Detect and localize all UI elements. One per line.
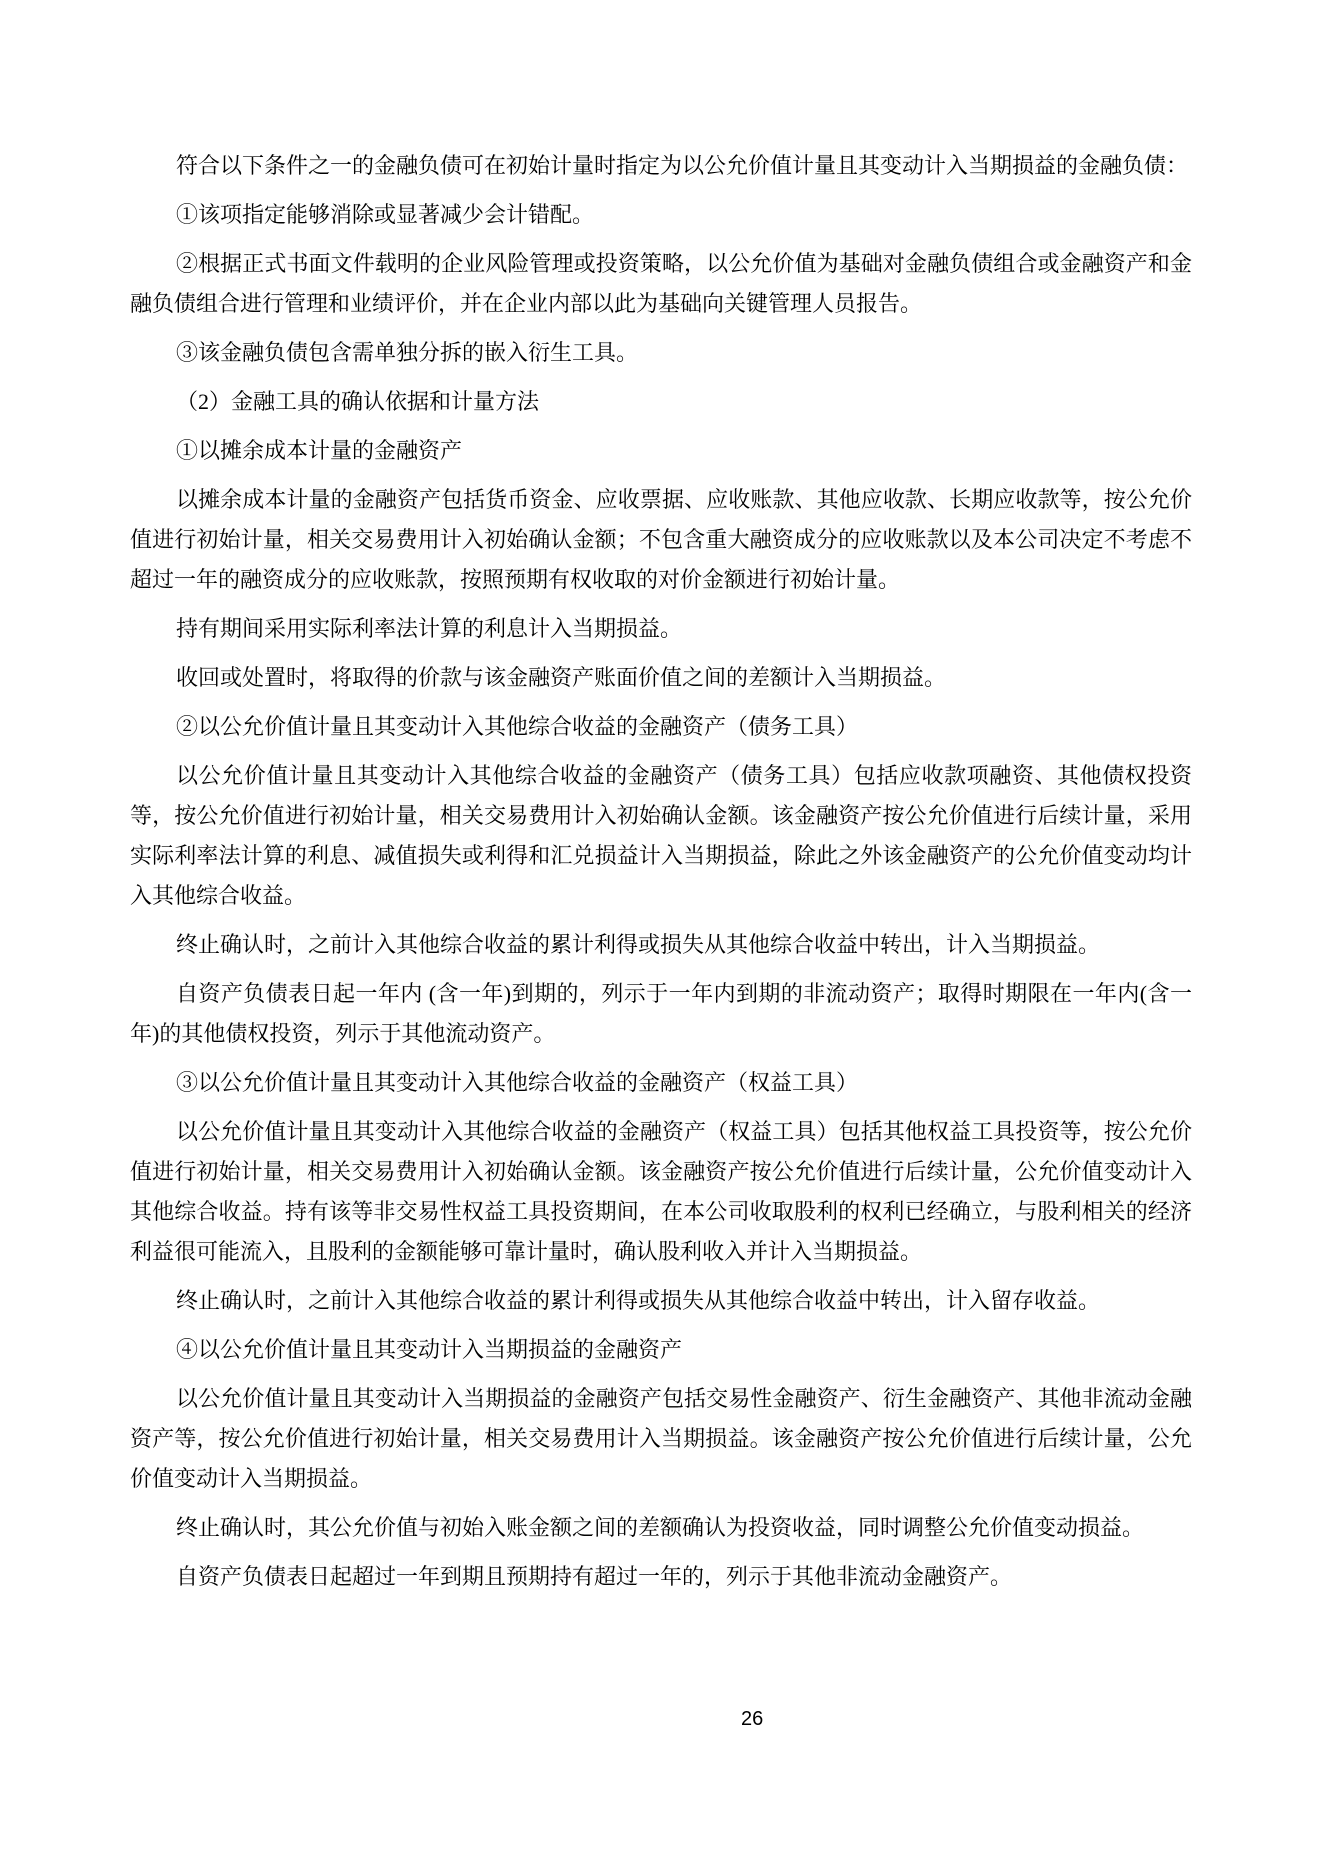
paragraph: 以公允价值计量且其变动计入当期损益的金融资产包括交易性金融资产、衍生金融资产、其…: [130, 1379, 1192, 1499]
subsection-heading: ③以公允价值计量且其变动计入其他综合收益的金融资产（权益工具）: [130, 1063, 1192, 1103]
paragraph: 终止确认时，其公允价值与初始入账金额之间的差额确认为投资收益，同时调整公允价值变…: [130, 1508, 1192, 1548]
page-number: 26: [741, 1708, 763, 1731]
subsection-heading: ①以摊余成本计量的金融资产: [130, 431, 1192, 471]
paragraph: ①该项指定能够消除或显著减少会计错配。: [130, 195, 1192, 235]
subsection-heading: ②以公允价值计量且其变动计入其他综合收益的金融资产（债务工具）: [130, 707, 1192, 747]
paragraph: 自资产负债表日起一年内 (含一年)到期的，列示于一年内到期的非流动资产；取得时期…: [130, 974, 1192, 1054]
paragraph: 终止确认时，之前计入其他综合收益的累计利得或损失从其他综合收益中转出，计入留存收…: [130, 1281, 1192, 1321]
document-body: 符合以下条件之一的金融负债可在初始计量时指定为以公允价值计量且其变动计入当期损益…: [130, 146, 1192, 1606]
paragraph: ②根据正式书面文件载明的企业风险管理或投资策略，以公允价值为基础对金融负债组合或…: [130, 244, 1192, 324]
paragraph: 终止确认时，之前计入其他综合收益的累计利得或损失从其他综合收益中转出，计入当期损…: [130, 925, 1192, 965]
paragraph: 持有期间采用实际利率法计算的利息计入当期损益。: [130, 609, 1192, 649]
document-page: 符合以下条件之一的金融负债可在初始计量时指定为以公允价值计量且其变动计入当期损益…: [0, 0, 1323, 1871]
paragraph: 符合以下条件之一的金融负债可在初始计量时指定为以公允价值计量且其变动计入当期损益…: [130, 146, 1192, 186]
paragraph: ③该金融负债包含需单独分拆的嵌入衍生工具。: [130, 333, 1192, 373]
paragraph: 自资产负债表日起超过一年到期且预期持有超过一年的，列示于其他非流动金融资产。: [130, 1557, 1192, 1597]
paragraph: 收回或处置时，将取得的价款与该金融资产账面价值之间的差额计入当期损益。: [130, 658, 1192, 698]
paragraph: 以公允价值计量且其变动计入其他综合收益的金融资产（权益工具）包括其他权益工具投资…: [130, 1112, 1192, 1272]
subsection-heading: ④以公允价值计量且其变动计入当期损益的金融资产: [130, 1330, 1192, 1370]
paragraph: 以公允价值计量且其变动计入其他综合收益的金融资产（债务工具）包括应收款项融资、其…: [130, 756, 1192, 916]
paragraph: 以摊余成本计量的金融资产包括货币资金、应收票据、应收账款、其他应收款、长期应收款…: [130, 480, 1192, 600]
section-heading: （2）金融工具的确认依据和计量方法: [130, 382, 1192, 422]
